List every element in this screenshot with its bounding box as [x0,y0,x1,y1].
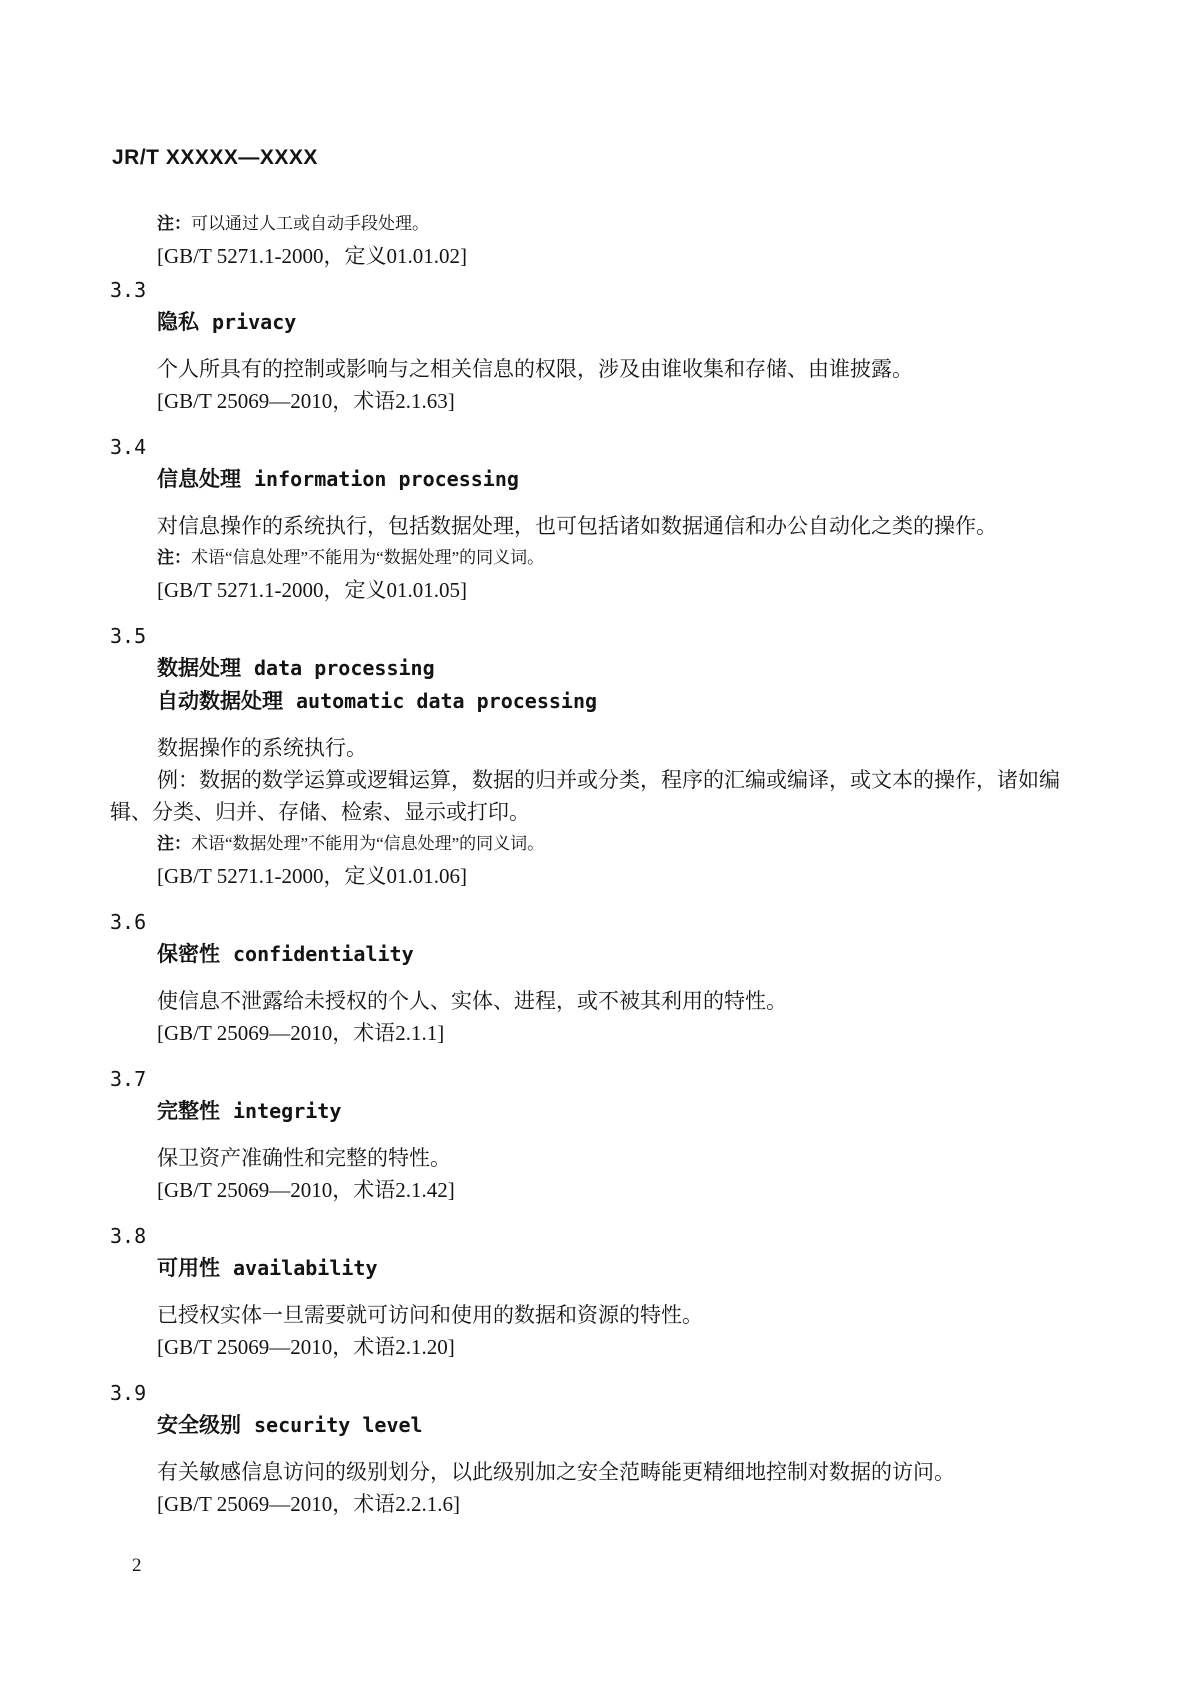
doc-number-header: JR/T XXXXX—XXXX [112,145,318,171]
term-en: information processing [254,467,519,491]
section-3-8: 3.8 可用性availability 已授权实体一旦需要就可访问和使用的数据和… [110,1220,1068,1363]
note-label: 注： [157,548,191,567]
source-citation: [GB/T 25069—2010，术语2.1.42] [157,1174,1068,1206]
section-3-6: 3.6 保密性confidentiality 使信息不泄露给未授权的个人、实体、… [110,906,1068,1049]
term-heading: 安全级别security level [157,1409,1068,1442]
definition-text: 使信息不泄露给未授权的个人、实体、进程，或不被其利用的特性。 [110,985,1068,1017]
section-3-7: 3.7 完整性integrity 保卫资产准确性和完整的特性。 [GB/T 25… [110,1063,1068,1206]
term-zh: 保密性 [157,943,220,966]
section-3-5: 3.5 数据处理data processing 自动数据处理automatic … [110,620,1068,892]
definition-text: 个人所具有的控制或影响与之相关信息的权限，涉及由谁收集和存储、由谁披露。 [110,353,1068,385]
term-zh: 隐私 [157,311,199,334]
source-citation: [GB/T 25069—2010，术语2.1.1] [157,1017,1068,1049]
carryover-note: 注：可以通过人工或自动手段处理。 [157,208,1068,240]
term-en: data processing [254,656,435,680]
term-en: availability [233,1256,378,1280]
clause-number: 3.8 [110,1220,1068,1252]
term-zh: 自动数据处理 [157,690,283,713]
note-text: 可以通过人工或自动手段处理。 [191,214,429,233]
term-heading: 保密性confidentiality [157,938,1068,971]
definition-text: 对信息操作的系统执行，包括数据处理，也可包括诸如数据通信和办公自动化之类的操作。 [110,510,1068,542]
definition-text: 已授权实体一旦需要就可访问和使用的数据和资源的特性。 [110,1299,1068,1331]
term-heading: 自动数据处理automatic data processing [157,685,1068,718]
source-citation: [GB/T 25069—2010，术语2.1.20] [157,1331,1068,1363]
term-zh: 信息处理 [157,468,241,491]
section-3-4: 3.4 信息处理information processing 对信息操作的系统执… [110,431,1068,606]
term-zh: 数据处理 [157,657,241,680]
term-en: security level [254,1413,423,1437]
term-heading: 数据处理data processing [157,652,1068,685]
term-en: integrity [233,1099,341,1123]
term-en: confidentiality [233,942,414,966]
source-citation: [GB/T 5271.1-2000，定义01.01.05] [157,574,1068,606]
page-number: 2 [132,1553,142,1579]
example-text: 例：数据的数学运算或逻辑运算，数据的归并或分类，程序的汇编或编译，或文本的操作，… [110,764,1068,828]
clause-number: 3.3 [110,274,1068,306]
note-text: 术语“数据处理”不能用为“信息处理”的同义词。 [191,834,544,853]
term-zh: 完整性 [157,1100,220,1123]
term-heading: 隐私privacy [157,306,1068,339]
source-citation: [GB/T 25069—2010，术语2.2.1.6] [157,1488,1068,1520]
note-label: 注： [157,214,191,233]
definition-text: 数据操作的系统执行。 [110,732,1068,764]
source-citation: [GB/T 5271.1-2000，定义01.01.06] [157,860,1068,892]
term-zh: 可用性 [157,1257,220,1280]
source-citation: [GB/T 25069—2010，术语2.1.63] [157,385,1068,417]
clause-number: 3.7 [110,1063,1068,1095]
definition-text: 有关敏感信息访问的级别划分，以此级别加之安全范畴能更精细地控制对数据的访问。 [110,1456,1068,1488]
term-heading: 可用性availability [157,1252,1068,1285]
standard-document-page: JR/T XXXXX—XXXX 注：可以通过人工或自动手段处理。 [GB/T 5… [0,0,1200,1698]
clause-number: 3.9 [110,1377,1068,1409]
term-en: automatic data processing [296,689,597,713]
term-heading: 完整性integrity [157,1095,1068,1128]
carryover-block: 注：可以通过人工或自动手段处理。 [GB/T 5271.1-2000，定义01.… [110,208,1068,272]
clause-number: 3.4 [110,431,1068,463]
source-citation: [GB/T 5271.1-2000，定义01.01.02] [157,240,1068,272]
clause-number: 3.5 [110,620,1068,652]
term-en: privacy [212,310,296,334]
term-heading: 信息处理information processing [157,463,1068,496]
section-3-9: 3.9 安全级别security level 有关敏感信息访问的级别划分，以此级… [110,1377,1068,1520]
definition-text: 保卫资产准确性和完整的特性。 [110,1142,1068,1174]
term-zh: 安全级别 [157,1414,241,1437]
note-label: 注： [157,834,191,853]
section-3-3: 3.3 隐私privacy 个人所具有的控制或影响与之相关信息的权限，涉及由谁收… [110,274,1068,417]
clause-number: 3.6 [110,906,1068,938]
section-note: 注：术语“信息处理”不能用为“数据处理”的同义词。 [157,542,1068,574]
section-note: 注：术语“数据处理”不能用为“信息处理”的同义词。 [157,828,1068,860]
page-content: 注：可以通过人工或自动手段处理。 [GB/T 5271.1-2000，定义01.… [110,208,1068,1520]
note-text: 术语“信息处理”不能用为“数据处理”的同义词。 [191,548,544,567]
